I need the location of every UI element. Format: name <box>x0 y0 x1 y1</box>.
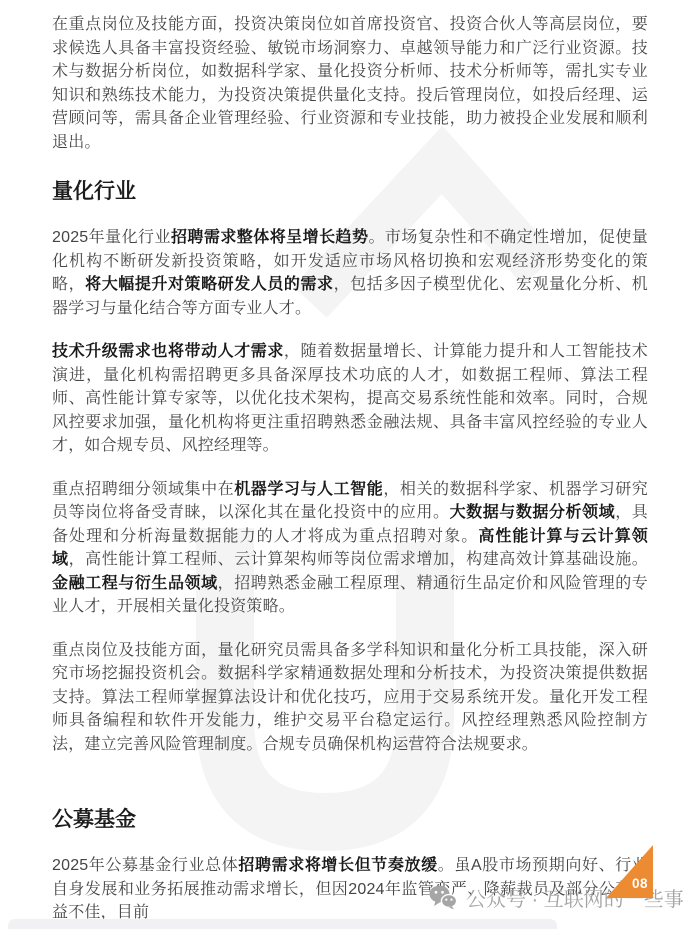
text-run: 2025年量化行业 <box>52 229 171 246</box>
bold-text-run: 招聘需求将增长但节奏放缓 <box>238 857 437 874</box>
section-heading: 公募基金 <box>52 808 648 832</box>
paragraph: 重点招聘细分领域集中在机器学习与人工智能，相关的数据科学家、机器学习研究员等岗位… <box>52 478 648 619</box>
text-run: 2025年公募基金行业总体 <box>52 857 238 874</box>
page-number: 08 <box>632 876 648 891</box>
section-heading: 量化行业 <box>52 180 648 204</box>
bold-text-run: 机器学习与人工智能 <box>234 481 383 498</box>
bold-text-run: 将大幅提升对策略研发人员的需求 <box>85 276 333 293</box>
paragraph: 在重点岗位及技能方面，投资决策岗位如首席投资官、投资合伙人等高层岗位，要求候选人… <box>52 13 648 154</box>
paragraph: 重点岗位及技能方面，量化研究员需具备多学科知识和量化分析工具技能，深入研究市场挖… <box>52 639 648 757</box>
paragraph: 2025年量化行业招聘需求整体将呈增长趋势。市场复杂性和不确定性增加，促使量化机… <box>52 226 648 320</box>
text-run: 重点岗位及技能方面，量化研究员需具备多学科知识和量化分析工具技能，深入研究市场挖… <box>52 642 648 753</box>
report-content: 在重点岗位及技能方面，投资决策岗位如首席投资官、投资合伙人等高层岗位，要求候选人… <box>52 0 648 925</box>
bold-text-run: 技术升级需求也将带动人才需求 <box>52 343 284 360</box>
bold-text-run: 金融工程与衍生品领域 <box>52 575 218 592</box>
text-run: ，高性能计算工程师、云计算架构师等岗位需求增加，构建高效计算基础设施。 <box>69 551 648 568</box>
paragraph: 技术升级需求也将带动人才需求，随着数据量增长、计算能力提升和人工智能技术演进，量… <box>52 340 648 458</box>
bottom-bar <box>8 919 557 929</box>
text-run: 重点招聘细分领域集中在 <box>52 481 234 498</box>
wechat-icon <box>429 885 457 910</box>
bold-text-run: 大数据与数据分析领域 <box>450 504 616 521</box>
bold-text-run: 招聘需求整体将呈增长趋势 <box>171 229 369 246</box>
text-run: 在重点岗位及技能方面，投资决策岗位如首席投资官、投资合伙人等高层岗位，要求候选人… <box>52 16 648 151</box>
